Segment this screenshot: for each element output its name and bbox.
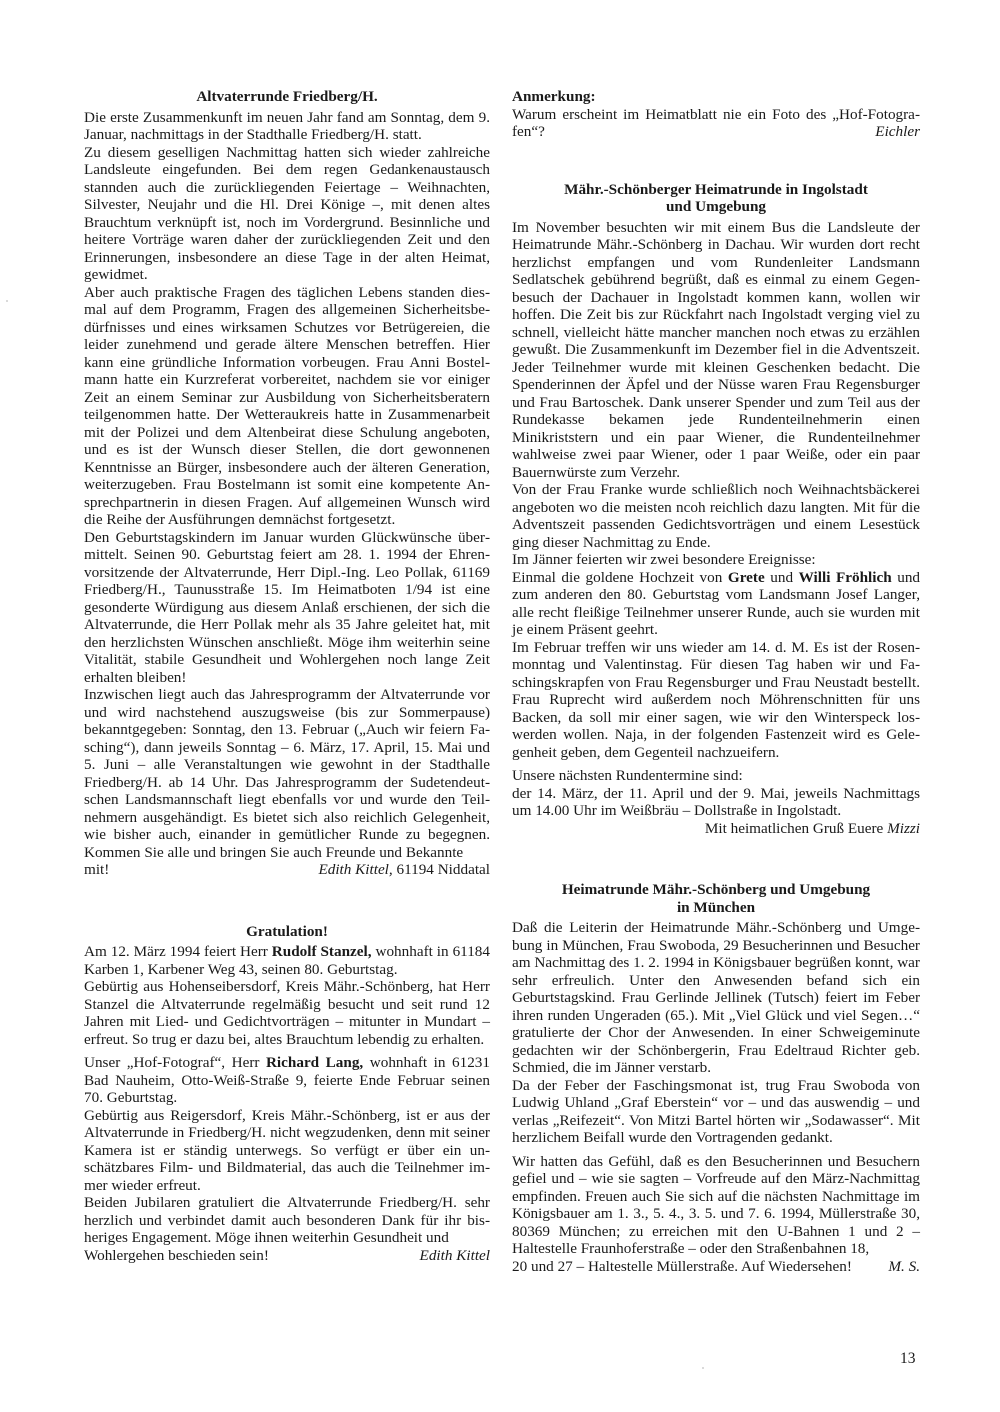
paragraph-end: Wohlergehen beschieden sein! <box>84 1247 269 1265</box>
paragraph: der 14. März, der 11. April und der 9. M… <box>512 785 920 820</box>
title-line: und Umgebung <box>666 198 766 215</box>
closing-signature: Mit heimatlichen Gruß Euere Mizzi <box>512 820 920 838</box>
person-name: Willi Fröhlich <box>799 569 892 586</box>
article-title: Mähr.-Schönberger Heimatrunde in Ingolst… <box>512 181 920 216</box>
person-name: Richard Lang, <box>266 1054 363 1071</box>
author-place: 61194 Niddatal <box>393 861 490 878</box>
author-signature: Edith Kittel <box>420 1247 490 1265</box>
paragraph: Die erste Zusammenkunft im neuen Jahr fa… <box>84 109 490 144</box>
paragraph: Gebürtig aus Hohenseibersdorf, Kreis Mäh… <box>84 978 490 1048</box>
author-signature: Edith Kittel, 61194 Niddatal <box>318 861 490 879</box>
paragraph-end: mit! <box>84 861 109 879</box>
paragraph: Wir hatten das Gefühl, daß es den Besuch… <box>512 1153 920 1258</box>
article-title: Altvaterrunde Friedberg/H. <box>84 88 490 106</box>
article-gratulation: Gratulation! Am 12. März 1994 feiert Her… <box>84 923 490 1265</box>
paragraph: Aber auch praktische Fragen des tägliche… <box>84 284 490 529</box>
author-name: Mizzi <box>887 820 920 837</box>
title-line: in München <box>677 899 755 916</box>
signature-line: 20 und 27 – Haltestelle Müllerstraße. Au… <box>512 1258 920 1276</box>
text-run: Unser „Hof-Fotograf“, Herr <box>84 1054 266 1071</box>
paragraph: Inzwischen liegt auch das Jahresprogramm… <box>84 686 490 861</box>
text-run: Am 12. März 1994 feiert Herr <box>84 943 272 960</box>
article-altvaterrunde: Altvaterrunde Friedberg/H. Die erste Zus… <box>84 88 490 879</box>
paragraph: Unser „Hof-Fotograf“, Herr Richard Lang,… <box>84 1054 490 1107</box>
author-name: Edith Kittel, <box>318 861 392 878</box>
paragraph-end: 20 und 27 – Haltestelle Müllerstraße. Au… <box>512 1258 852 1276</box>
article-title: Heimatrunde Mähr.-Schönberg und Umgebung… <box>512 881 920 916</box>
signature-line: Wohlergehen beschieden sein! Edith Kitte… <box>84 1247 490 1265</box>
left-column: Altvaterrunde Friedberg/H. Die erste Zus… <box>84 88 490 1264</box>
scan-artifact <box>6 300 8 302</box>
signature-line: mit! Edith Kittel, 61194 Niddatal <box>84 861 490 879</box>
person-name: Rudolf Stanzel, <box>272 943 372 960</box>
paragraph: Am 12. März 1994 feiert Herr Rudolf Stan… <box>84 943 490 978</box>
text-run: Einmal die goldene Hochzeit von <box>512 569 728 586</box>
article-ingolstadt: Mähr.-Schönberger Heimatrunde in Ingolst… <box>512 181 920 838</box>
closing-text: Mit heimatlichen Gruß Euere <box>705 820 887 837</box>
article-title: Gratulation! <box>84 923 490 941</box>
paragraph: Unsere nächsten Rundentermine sind: <box>512 767 920 785</box>
paragraph: Daß die Leiterin der Heimatrunde Mähr.-S… <box>512 919 920 1077</box>
author-signature: Eichler <box>512 123 920 141</box>
article-anmerkung: Anmerkung: Warum erscheint im Heimatblat… <box>512 88 920 141</box>
title-line: Heimatrunde Mähr.-Schönberg und Umgebung <box>562 881 870 898</box>
paragraph: Zu diesem geselligen Nachmittag hatten s… <box>84 144 490 284</box>
paragraph: Einmal die goldene Hochzeit von Grete un… <box>512 569 920 639</box>
author-signature: M. S. <box>888 1258 920 1276</box>
paragraph: Gebürtig aus Reigersdorf, Kreis Mähr.-Sc… <box>84 1107 490 1195</box>
text-run: und <box>765 569 799 586</box>
paragraph: Den Geburtstagskindern im Januar wurden … <box>84 529 490 687</box>
page-number: 13 <box>900 1350 916 1368</box>
right-column: Anmerkung: Warum erscheint im Heimatblat… <box>512 88 920 1275</box>
paragraph: Beiden Jubilaren gratuliert die Altvater… <box>84 1194 490 1247</box>
person-name: Grete <box>728 569 765 586</box>
paragraph: Im Jänner feierten wir zwei besondere Er… <box>512 551 920 569</box>
article-title: Anmerkung: <box>512 88 920 106</box>
paragraph: Im Februar treffen wir uns wieder am 14.… <box>512 639 920 762</box>
paragraph: Im November besuchten wir mit einem Bus … <box>512 219 920 482</box>
scan-artifact <box>702 1367 704 1369</box>
article-muenchen: Heimatrunde Mähr.-Schönberg und Umgebung… <box>512 881 920 1275</box>
paragraph: Da der Feber der Faschingsmonat ist, tru… <box>512 1077 920 1147</box>
paragraph: Von der Frau Franke wurde schließlich no… <box>512 481 920 551</box>
title-line: Mähr.-Schönberger Heimatrunde in Ingolst… <box>564 181 868 198</box>
